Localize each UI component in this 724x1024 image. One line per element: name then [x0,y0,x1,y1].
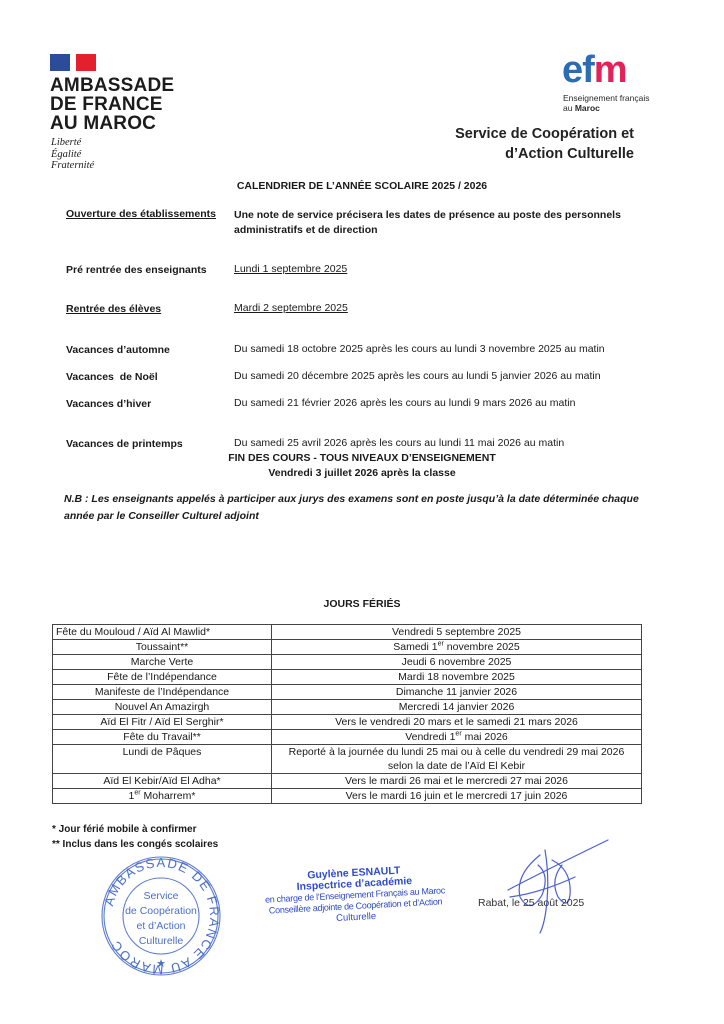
holiday-row: Fête du Mouloud / Aïd Al Mawlid*Vendredi… [53,625,642,640]
embassy-stamp: AMBASSADE DE FRANCE AU MAROC Service de … [100,855,222,977]
holiday-name: Fête du Mouloud / Aïd Al Mawlid* [53,625,272,640]
holiday-date: Jeudi 6 novembre 2025 [272,655,642,670]
holiday-name: Lundi de Pâques [53,745,272,774]
holiday-row: Fête de l’IndépendanceMardi 18 novembre … [53,670,642,685]
vacances-printemps-label: Vacances de printemps [66,438,183,450]
svg-text:et d’Action: et d’Action [136,920,185,932]
holiday-date: Vers le mardi 16 juin et le mercredi 17 … [272,789,642,804]
ouverture-value: Une note de service précisera les dates … [234,208,634,238]
holiday-row: Nouvel An AmazirghMercredi 14 janvier 20… [53,700,642,715]
signatory-block: Guylène ESNAULT Inspectrice d’académie e… [239,862,472,929]
svg-text:de Coopération: de Coopération [125,905,197,917]
service-title: Service de Coopération et d’Action Cultu… [455,124,634,164]
embassy-line-1: AMBASSADE [50,76,174,95]
motto-liberte: Liberté [51,137,94,149]
svg-text:★: ★ [156,958,166,970]
efm-subtitle-line1: Enseignement français [563,93,649,103]
handwritten-signature [500,835,610,935]
holiday-row: Aïd El Fitr / Aïd El Serghir*Vers le ven… [53,715,642,730]
footnote-mobile: * Jour férié mobile à confirmer [52,822,218,837]
holiday-row: Manifeste de l’IndépendanceDimanche 11 j… [53,685,642,700]
holiday-name: Fête du Travail** [53,730,272,745]
holiday-name: Aïd El Fitr / Aïd El Serghir* [53,715,272,730]
republic-motto: Liberté Égalité Fraternité [51,137,94,172]
holiday-name: 1er Moharrem* [53,789,272,804]
footnotes: * Jour férié mobile à confirmer ** Inclu… [52,822,218,852]
vacances-automne-label: Vacances d’automne [66,344,170,356]
holiday-row: Toussaint**Samedi 1er novembre 2025 [53,640,642,655]
holiday-name: Manifeste de l’Indépendance [53,685,272,700]
service-title-line1: Service de Coopération et [455,124,634,144]
holiday-date-part: Vendredi 1 [405,731,455,743]
holiday-date: Reporté à la journée du lundi 25 mai ou … [272,745,642,774]
embassy-name: AMBASSADE DE FRANCE AU MAROC [50,76,174,133]
efm-sub-maroc: Maroc [575,103,600,113]
holiday-date-part: Samedi 1 [393,641,437,653]
french-flag-logo [50,54,96,71]
holiday-name: Marche Verte [53,655,272,670]
vacances-printemps-value: Du samedi 25 avril 2026 après les cours … [234,436,564,451]
efm-subtitle: Enseignement français au Maroc [563,93,649,113]
holiday-name: Aïd El Kebir/Aïd El Adha* [53,774,272,789]
holiday-date: Mardi 18 novembre 2025 [272,670,642,685]
holiday-date: Dimanche 11 janvier 2026 [272,685,642,700]
holiday-row: 1er Moharrem*Vers le mardi 16 juin et le… [53,789,642,804]
efm-logo-m: m [594,49,627,91]
holiday-row: Aïd El Kebir/Aïd El Adha*Vers le mardi 2… [53,774,642,789]
efm-sub-prefix: au [563,103,575,113]
motto-fraternite: Fraternité [51,160,94,172]
ouverture-label: Ouverture des établissements [66,208,216,220]
vacances-noel-label: Vacances de Noël [66,371,158,383]
efm-logo: efm [562,52,627,88]
jours-feries-title: JOURS FÉRIÉS [0,598,724,610]
holiday-name: Nouvel An Amazirgh [53,700,272,715]
rentree-label: Rentrée des élèves [66,303,161,315]
service-title-line2: d’Action Culturelle [455,144,634,164]
place-date: Rabat, le 25 août 2025 [478,897,584,909]
holiday-name: Fête de l’Indépendance [53,670,272,685]
footnote-conges: ** Inclus dans les congés scolaires [52,837,218,852]
efm-logo-e: e [562,49,582,91]
holiday-row: Fête du Travail**Vendredi 1er mai 2026 [53,730,642,745]
holiday-date: Samedi 1er novembre 2025 [272,640,642,655]
vacances-automne-value: Du samedi 18 octobre 2025 après les cour… [234,342,605,357]
efm-logo-f: f [582,49,594,91]
embassy-line-2: DE FRANCE [50,95,174,114]
efm-subtitle-line2: au Maroc [563,103,649,113]
holiday-name-part: Moharrem* [141,790,196,802]
vacances-noel-value: Du samedi 20 décembre 2025 après les cou… [234,369,601,384]
holiday-date: Vers le mardi 26 mai et le mercredi 27 m… [272,774,642,789]
holiday-date: Vers le vendredi 20 mars et le samedi 21… [272,715,642,730]
holiday-name: Toussaint** [53,640,272,655]
motto-egalite: Égalité [51,149,94,161]
pre-rentree-label: Pré rentrée des enseignants [66,264,207,276]
svg-text:Culturelle: Culturelle [139,935,184,947]
holidays-table: Fête du Mouloud / Aïd Al Mawlid*Vendredi… [52,624,642,804]
holiday-date: Mercredi 14 janvier 2026 [272,700,642,715]
embassy-line-3: AU MAROC [50,114,174,133]
rentree-value: Mardi 2 septembre 2025 [234,301,348,316]
holiday-date: Vendredi 1er mai 2026 [272,730,642,745]
holiday-row: Lundi de PâquesReporté à la journée du l… [53,745,642,774]
holiday-date: Vendredi 5 septembre 2025 [272,625,642,640]
svg-text:Service: Service [143,890,178,902]
vacances-hiver-value: Du samedi 21 février 2026 après les cour… [234,396,575,411]
fin-des-cours-date: Vendredi 3 juillet 2026 après la classe [0,466,724,481]
holiday-date-part: novembre 2025 [444,641,520,653]
holiday-date-part: mai 2026 [462,731,508,743]
vacances-hiver-label: Vacances d’hiver [66,398,151,410]
nb-note: N.B : Les enseignants appelés à particip… [64,491,664,525]
fin-des-cours-title: FIN DES COURS - TOUS NIVEAUX D’ENSEIGNEM… [0,451,724,466]
document-title: CALENDRIER DE L’ANNÉE SCOLAIRE 2025 / 20… [0,180,724,192]
fin-des-cours: FIN DES COURS - TOUS NIVEAUX D’ENSEIGNEM… [0,451,724,481]
pre-rentree-value: Lundi 1 septembre 2025 [234,262,347,277]
holiday-row: Marche VerteJeudi 6 novembre 2025 [53,655,642,670]
